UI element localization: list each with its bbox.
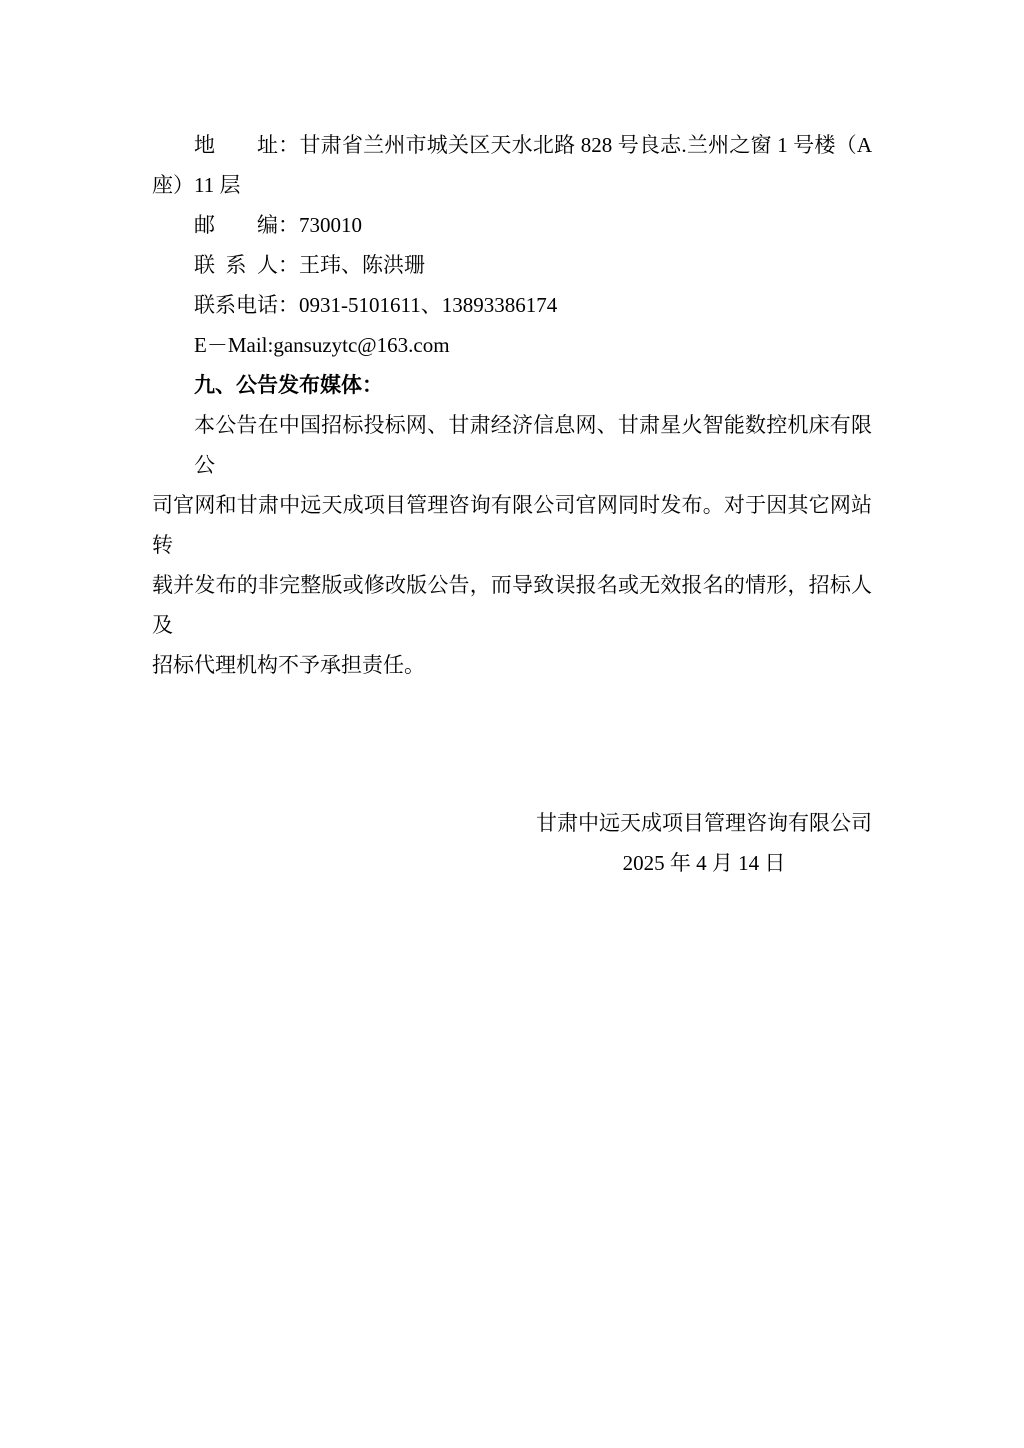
email-label: E－Mail: (194, 333, 273, 357)
contact-person-label: 联系人 (194, 245, 278, 285)
announcement-body: 地址：甘肃省兰州市城关区天水北路 828 号良志.兰州之窗 1 号楼（A 座）1… (152, 125, 872, 883)
address-line-1: 地址：甘肃省兰州市城关区天水北路 828 号良志.兰州之窗 1 号楼（A (152, 125, 872, 165)
signature-block: 甘肃中远天成项目管理咨询有限公司 2025 年 4 月 14 日 (536, 803, 872, 883)
address-label: 地址 (194, 125, 278, 165)
section9-paragraph-line: 司官网和甘肃中远天成项目管理咨询有限公司官网同时发布。对于因其它网站转 (152, 485, 872, 565)
address-value-line2: 座）11 层 (152, 173, 240, 197)
address-value-line1: 甘肃省兰州市城关区天水北路 828 号良志.兰州之窗 1 号楼（A (299, 133, 872, 157)
address-line-2: 座）11 层 (152, 165, 872, 205)
email-line: E－Mail:gansuzytc@163.com (152, 325, 872, 365)
postcode-line: 邮编：730010 (152, 205, 872, 245)
contact-person-value: 王玮、陈洪珊 (299, 253, 425, 277)
signature-date: 2025 年 4 月 14 日 (536, 843, 872, 883)
postcode-colon: ： (278, 213, 299, 237)
section9-paragraph-line: 载并发布的非完整版或修改版公告，而导致误报名或无效报名的情形，招标人及 (152, 565, 872, 645)
email-value: gansuzytc@163.com (273, 333, 449, 357)
contact-person-line: 联系人：王玮、陈洪珊 (152, 245, 872, 285)
document-page: 地址：甘肃省兰州市城关区天水北路 828 号良志.兰州之窗 1 号楼（A 座）1… (0, 0, 1024, 1448)
phone-value: 0931-5101611、13893386174 (299, 293, 557, 317)
phone-colon: ： (278, 293, 299, 317)
address-colon: ： (278, 133, 299, 157)
postcode-value: 730010 (299, 213, 362, 237)
section9-heading: 九、公告发布媒体： (152, 365, 872, 405)
phone-line: 联系电话：0931-5101611、13893386174 (152, 285, 872, 325)
phone-label: 联系电话 (194, 285, 278, 325)
section9-paragraph-line: 招标代理机构不予承担责任。 (152, 645, 872, 685)
signature-company: 甘肃中远天成项目管理咨询有限公司 (536, 803, 872, 843)
postcode-label: 邮编 (194, 205, 278, 245)
contact-person-colon: ： (278, 253, 299, 277)
section9-paragraph-line: 本公告在中国招标投标网、甘肃经济信息网、甘肃星火智能数控机床有限公 (152, 405, 872, 485)
